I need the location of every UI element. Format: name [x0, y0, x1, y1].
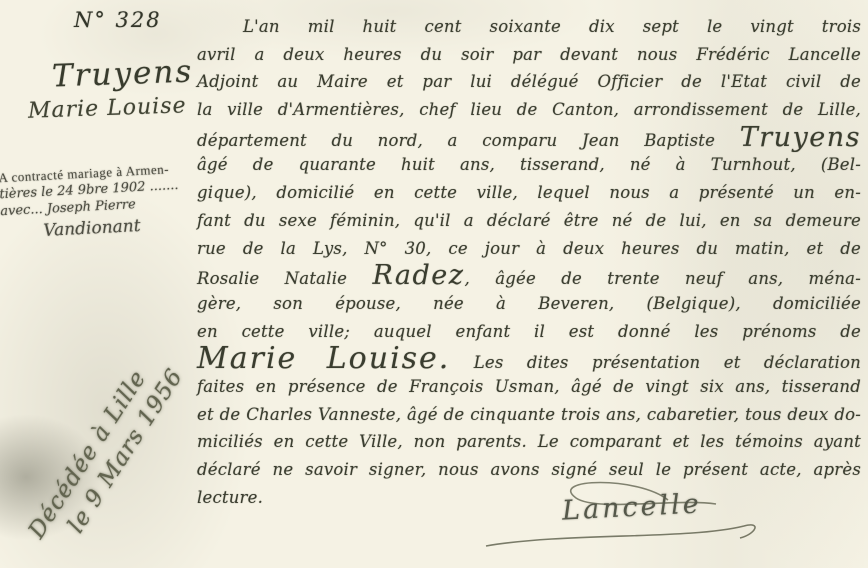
record-line: gère, son épouse, née à Beveren, (Belgiq…: [197, 290, 861, 318]
record-line: fant du sexe féminin, qu'il a déclaré êt…: [197, 207, 861, 235]
record-line: faites en présence de François Usman, âg…: [197, 373, 861, 401]
margin-surname: Truyens: [51, 54, 193, 95]
record-line: Marie Louise. Les dites présentation et …: [197, 345, 861, 373]
act-number: N° 328: [74, 8, 162, 32]
record-line-text: , âgée de trente neuf ans, ména-: [464, 269, 861, 288]
record-line: Rosalie Natalie Radez, âgée de trente ne…: [197, 262, 861, 290]
record-line: âgé de quarante huit ans, tisserand, né …: [197, 151, 861, 179]
record-line-text: département du nord, a comparu Jean Bapt…: [197, 131, 740, 150]
record-line-text: Les dites présentation et déclaration: [450, 353, 861, 372]
record-body: L'an mil huit cent soixante dix sept le …: [197, 13, 861, 484]
scanned-birth-record-page: N° 328 Truyens Marie Louise A contracté …: [0, 0, 868, 568]
mother-surname: Radez: [372, 260, 464, 291]
father-surname: Truyens: [740, 122, 861, 153]
record-line: et de Charles Vanneste, âgé de cinquante…: [197, 401, 861, 429]
record-line: miciliés en cette Ville, non parents. Le…: [197, 428, 861, 456]
death-annotation: Décédée à Lille le 9 Mars 1956: [22, 347, 190, 561]
child-given-names: Marie Louise.: [197, 341, 450, 376]
official-signature: Lancelle: [478, 474, 788, 564]
record-line: gique), domicilié en cette ville, lequel…: [197, 179, 861, 207]
record-line: rue de la Lys, N° 30, ce jour à deux heu…: [197, 235, 861, 263]
record-line: département du nord, a comparu Jean Bapt…: [197, 124, 861, 152]
margin-given-names: Marie Louise: [28, 93, 187, 124]
record-line-text: Rosalie Natalie: [197, 269, 372, 288]
record-line: Adjoint au Maire et par lui délégué Offi…: [197, 68, 861, 96]
record-line: L'an mil huit cent soixante dix sept le …: [197, 13, 861, 41]
record-line: la ville d'Armentières, chef lieu de Can…: [197, 96, 861, 124]
marriage-annotation: A contracté mariage à Armen- tières le 2…: [0, 159, 202, 246]
record-line: avril a deux heures du soir par devant n…: [197, 41, 861, 69]
